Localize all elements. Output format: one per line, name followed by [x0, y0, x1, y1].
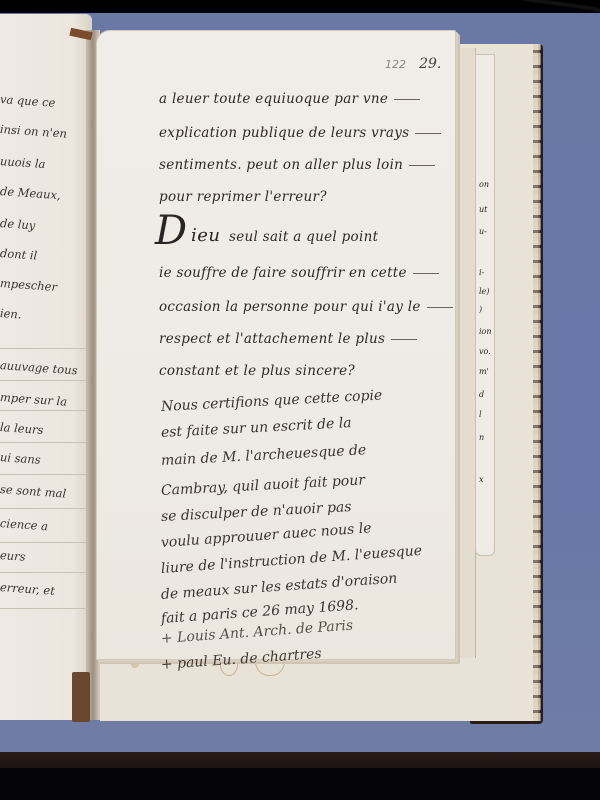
inserted-slip: on ut u- i- le) ) ion vo. m' d l n x: [475, 54, 495, 556]
left-page-line: mper sur la: [0, 390, 68, 409]
left-page-line: va que ce: [0, 92, 56, 110]
text-line: seul sait a quel point: [229, 229, 378, 245]
left-page-line: eurs: [0, 548, 26, 564]
bottom-black-border: [0, 768, 600, 800]
certification-line: Cambray, quil auoit fait pour: [161, 472, 366, 499]
ruled-line: [0, 348, 86, 349]
left-page-line: la leurs: [0, 420, 44, 437]
ruled-line: [0, 508, 86, 509]
slip-fragment: i-: [479, 268, 484, 277]
slip-fragment: vo.: [479, 347, 491, 356]
drop-cap-rest: ieu: [191, 225, 221, 246]
certification-line: de meaux sur les estats d'oraison: [160, 571, 397, 603]
text-line: constant et le plus sincere?: [159, 363, 355, 379]
slip-fragment: ut: [479, 205, 487, 214]
certification-line: voulu approuuer auec nous le: [160, 520, 372, 551]
slip-fragment: ): [479, 305, 482, 314]
left-page-line: dont il: [0, 246, 38, 263]
left-page-line: uuois la: [0, 154, 46, 171]
ruled-line: [0, 542, 86, 543]
text-line: respect et l'attachement le plus: [159, 331, 417, 347]
top-black-border: [0, 0, 600, 13]
text-line: sentiments. peut on aller plus loin: [159, 157, 435, 173]
text-line: explication publique de leurs vrays: [159, 125, 441, 141]
slip-fragment: le): [479, 287, 489, 296]
text-line: a leuer toute equiuoque par vne: [159, 91, 420, 107]
certification-line: se disculper de n'auoir pas: [161, 499, 352, 525]
slip-fragment: n: [479, 433, 484, 442]
left-page-line: ien.: [0, 306, 22, 321]
left-page-line: de luy: [0, 216, 36, 232]
left-page-line: cience a: [0, 516, 48, 533]
ruled-line: [0, 474, 86, 475]
certification-line: est faite sur un escrit de la: [161, 415, 352, 441]
certification-line: Nous certifions que cette copie: [161, 387, 383, 415]
left-page-line: ui sans: [0, 450, 41, 467]
text-line: occasion la personne pour qui i'ay le: [159, 299, 453, 315]
slip-fragment: l: [479, 410, 482, 419]
slip-fragment: d: [479, 390, 484, 399]
slip-fragment: ion: [479, 327, 492, 336]
slip-fragment: x: [479, 475, 484, 484]
ruled-line: [0, 608, 86, 609]
text-line: ie souffre de faire souffrir en cette: [159, 265, 439, 281]
slip-fragment: u-: [479, 227, 487, 236]
ink-folio: 29.: [419, 56, 441, 72]
left-page-line: de Meaux,: [0, 184, 61, 202]
left-page-line: erreur, et: [0, 580, 55, 598]
left-page: va que ce insi on n'en uuois la de Meaux…: [0, 14, 92, 720]
binding-corner: [72, 672, 90, 722]
left-page-line: mpescher: [0, 276, 57, 294]
ruled-line: [0, 442, 86, 443]
text-line: pour reprimer l'erreur?: [159, 189, 327, 205]
ruled-line: [0, 572, 86, 573]
left-page-line: auuvage tous: [0, 358, 78, 377]
slip-fragment: on: [479, 180, 489, 189]
drop-cap: D: [155, 211, 187, 251]
certification-line: main de M. l'archeuesque de: [161, 442, 367, 469]
ruled-line: [0, 410, 86, 411]
folio-number: 122 29.: [385, 53, 441, 72]
pencil-folio: 122: [385, 58, 406, 71]
slip-fragment: m': [479, 367, 489, 376]
deckled-edge: [533, 44, 541, 721]
ruled-line: [0, 380, 86, 381]
main-page: 122 29. a leuer toute equiuoque par vne …: [96, 30, 456, 660]
left-page-line: se sont mal: [0, 482, 67, 501]
left-page-line: insi on n'en: [0, 122, 67, 141]
